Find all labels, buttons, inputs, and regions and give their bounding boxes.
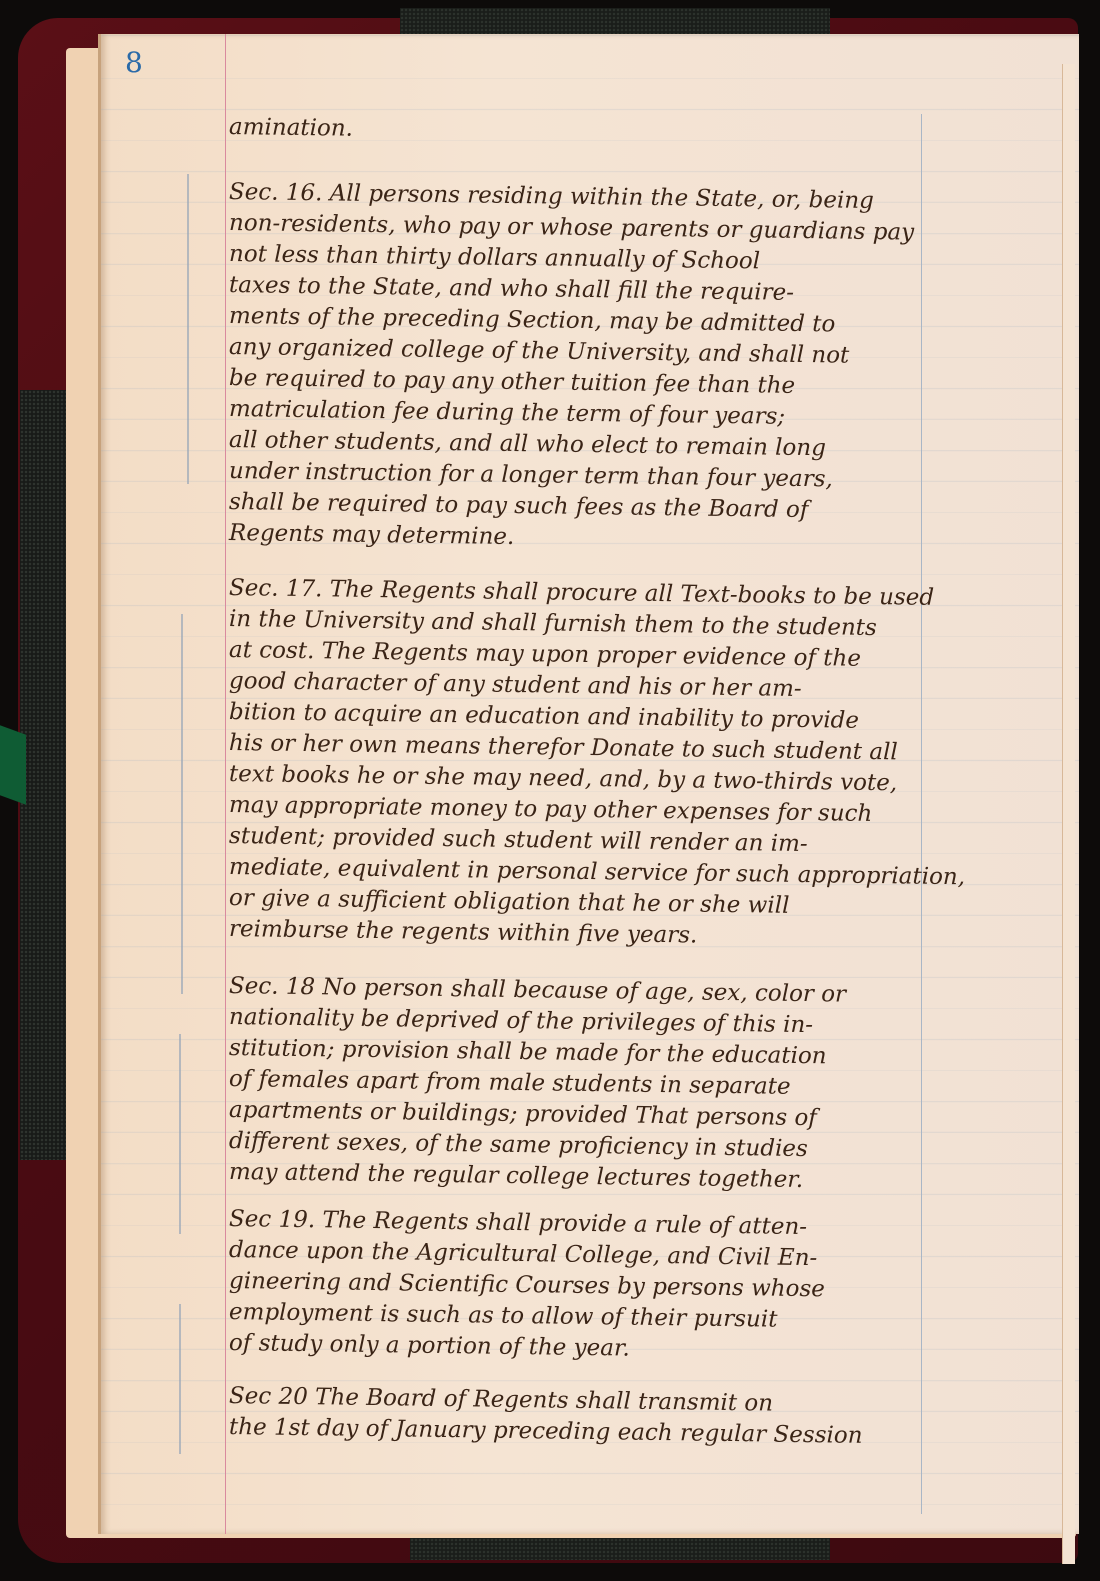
section-20: Sec 20 The Board of Regents shall transm…	[229, 1381, 939, 1443]
pencil-margin-mark	[179, 1304, 181, 1454]
section-18: Sec. 18 No person shall because of age, …	[229, 971, 939, 1188]
handwritten-text: amination. Sec. 16. All persons residing…	[229, 112, 939, 1443]
cloth-binding-left	[20, 390, 72, 1160]
section-17: Sec. 17. The Regents shall procure all T…	[229, 573, 939, 945]
page-number: 8	[125, 46, 143, 79]
ledger-page: 8 amination. Sec. 16. All persons residi…	[98, 34, 1079, 1534]
text-line: amination.	[229, 112, 939, 153]
section-continuation: amination.	[229, 112, 939, 143]
pencil-margin-mark	[181, 614, 183, 994]
bookmark-ribbon	[0, 725, 26, 804]
section-16: Sec. 16. All persons residing within the…	[229, 177, 939, 549]
pencil-margin-mark	[179, 1034, 181, 1234]
page-edge	[1062, 64, 1075, 1564]
section-19: Sec 19. The Regents shall provide a rule…	[229, 1204, 939, 1359]
left-margin-rule	[225, 34, 226, 1534]
pencil-margin-mark	[187, 174, 189, 484]
